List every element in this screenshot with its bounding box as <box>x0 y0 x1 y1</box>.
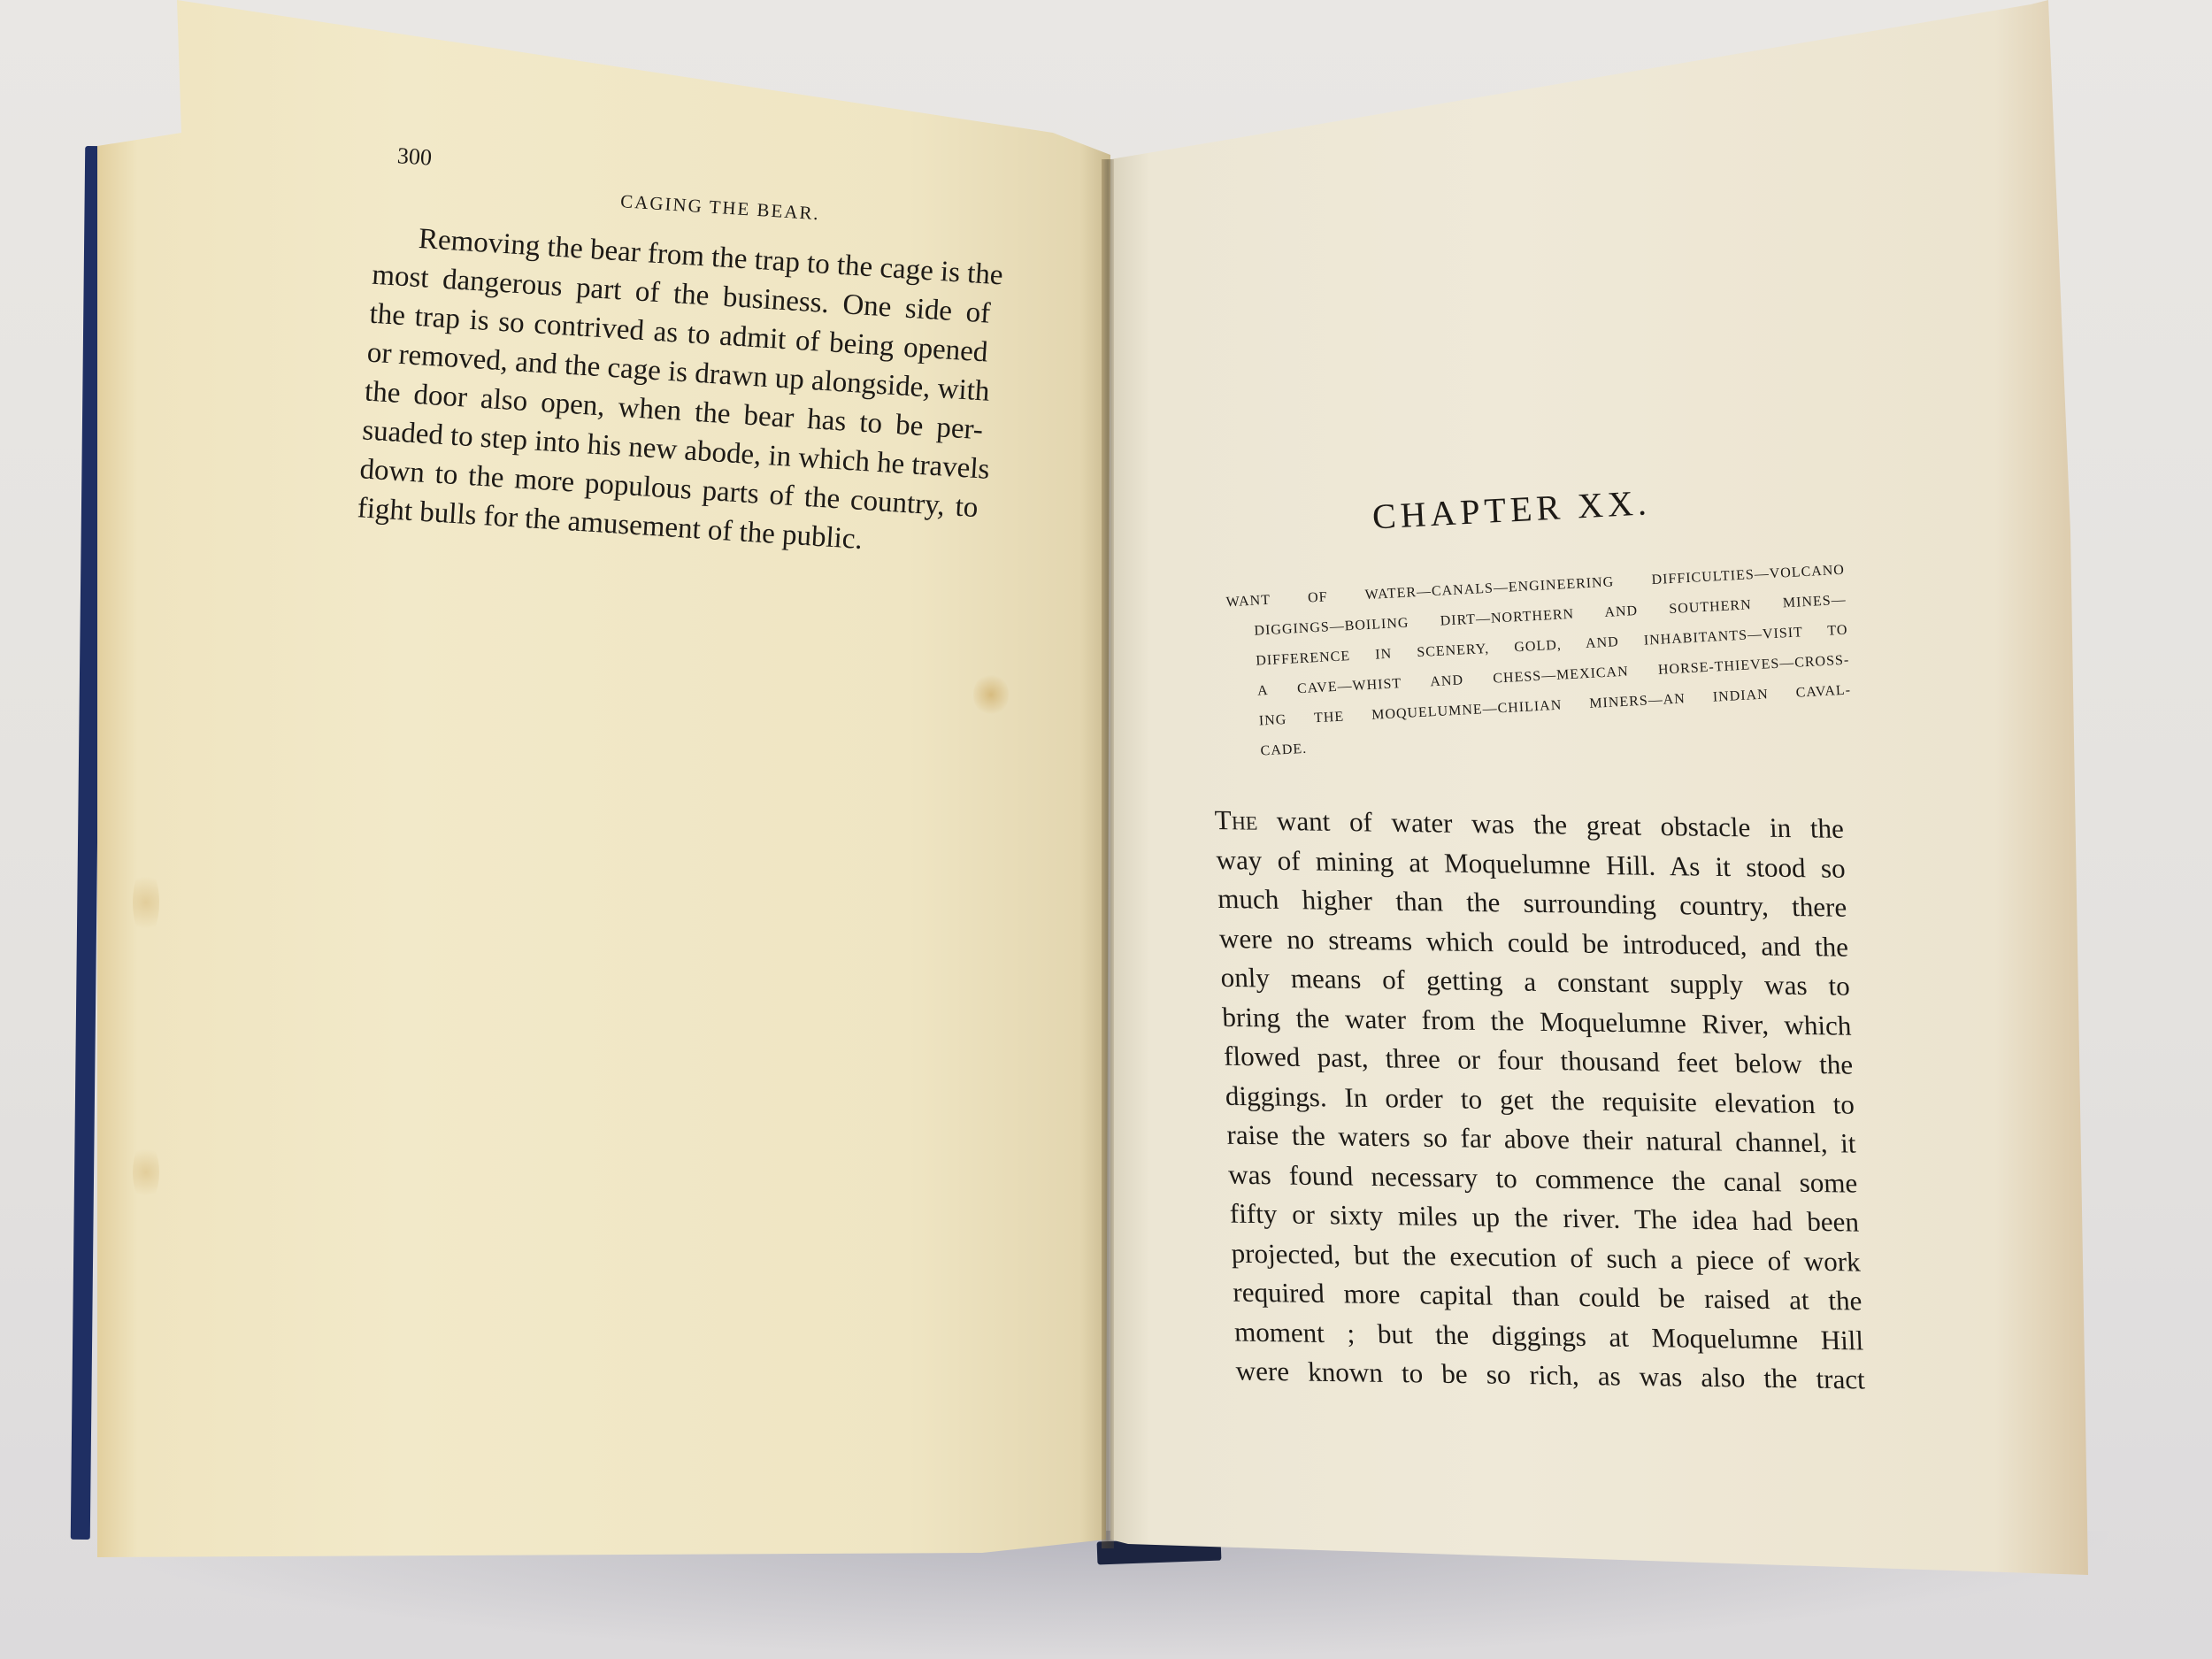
foxing-stain <box>133 867 159 938</box>
book-gutter <box>1102 159 1114 1548</box>
text-fragment: want of water was the great obstacle in … <box>1256 805 1844 844</box>
page-number: 300 <box>396 142 433 171</box>
right-body-text: The want of water was the great obstacle… <box>1214 801 1866 1400</box>
foxing-stain <box>133 1141 159 1203</box>
left-body-text: Removing the bear from the trap to the c… <box>357 217 995 566</box>
drop-word: The <box>1214 804 1258 836</box>
chapter-summary: WANT OF WATER—CANALS—ENGINEERING DIFFICU… <box>1225 556 1854 768</box>
foxing-stain <box>973 672 1009 717</box>
